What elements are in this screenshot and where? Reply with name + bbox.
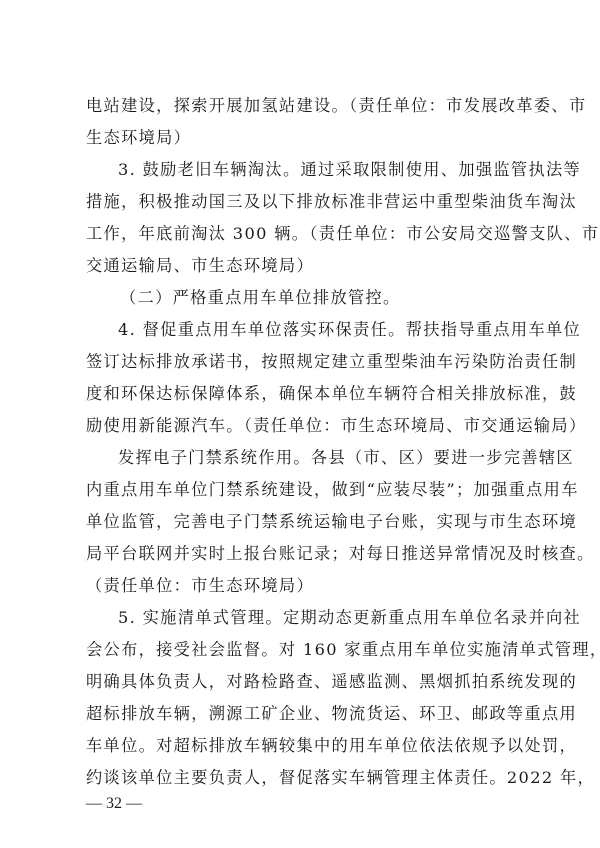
text-line: 工作，年底前淘汰 300 辆。（责任单位：市公安局交巡警支队、市 — [86, 224, 518, 244]
text-line: 会公布，接受社会监督。对 160 家重点用车单位实施清单式管理， — [86, 640, 518, 660]
text-line: 明确具体负责人，对路检路查、遥感监测、黑烟抓拍系统发现的 — [86, 672, 518, 692]
text-line: 内重点用车单位门禁系统建设，做到“应装尽装”；加强重点用车 — [86, 480, 518, 500]
text-line: 交通运输局、市生态环境局） — [86, 256, 518, 276]
text-line: 车单位。对超标排放车辆较集中的用车单位依法依规予以处罚， — [86, 736, 518, 756]
text-line: 超标排放车辆，溯源工矿企业、物流货运、环卫、邮政等重点用 — [86, 704, 518, 724]
text-line: （责任单位：市生态环境局） — [86, 576, 518, 596]
text-line: 3. 鼓励老旧车辆淘汰。通过采取限制使用、加强监管执法等 — [118, 160, 518, 180]
text-line: 4. 督促重点用车单位落实环保责任。帮扶指导重点用车单位 — [118, 320, 518, 340]
text-line: 励使用新能源汽车。（责任单位：市生态环境局、市交通运输局） — [86, 416, 518, 436]
text-line: 发挥电子门禁系统作用。各县（市、区）要进一步完善辖区 — [118, 448, 518, 468]
text-line: 电站建设，探索开展加氢站建设。（责任单位：市发展改革委、市 — [86, 96, 518, 116]
text-line: 度和环保达标保障体系，确保本单位车辆符合相关排放标准，鼓 — [86, 384, 518, 404]
text-line: 签订达标排放承诺书，按照规定建立重型柴油车污染防治责任制 — [86, 352, 518, 372]
document-page: 电站建设，探索开展加氢站建设。（责任单位：市发展改革委、市 生态环境局） 3. … — [0, 0, 600, 848]
section-heading: （二）严格重点用车单位排放管控。 — [120, 288, 520, 308]
text-line: 单位监管，完善电子门禁系统运输电子台账，实现与市生态环境 — [86, 512, 518, 532]
text-line: 5. 实施清单式管理。定期动态更新重点用车单位名录并向社 — [118, 608, 518, 628]
page-number: — 32 — — [86, 794, 142, 814]
text-line: 局平台联网并实时上报台账记录；对每日推送异常情况及时核查。 — [86, 544, 518, 564]
text-line: 生态环境局） — [86, 128, 518, 148]
text-line: 措施，积极推动国三及以下排放标准非营运中重型柴油货车淘汰 — [86, 192, 518, 212]
text-line: 约谈该单位主要负责人，督促落实车辆管理主体责任。2022 年， — [86, 768, 518, 788]
